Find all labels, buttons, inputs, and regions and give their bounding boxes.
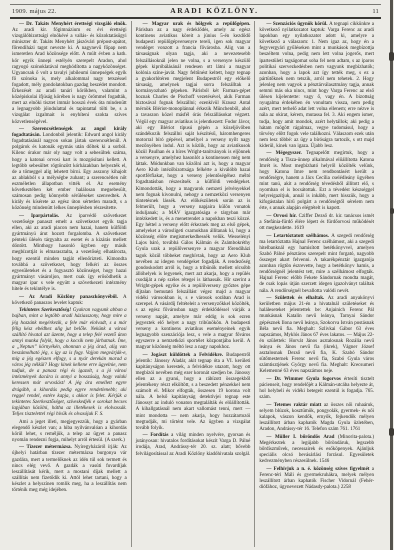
paragraph-lead: — Felhívjuk a n. é. közönség szíves figy…: [266, 467, 371, 472]
scan-smudge: [389, 428, 394, 436]
news-paragraph: — Születtek és elhaltak. Az aradi anyakö…: [259, 296, 374, 375]
news-paragraph: — Letartóztatott szélhámos. A szegedi re…: [259, 234, 374, 295]
news-paragraph: — Magyar urak és hölgyek a repülőgépen. …: [136, 22, 251, 351]
news-paragraph: — Az Aradi Közlöny panaszkönyvéből. A kö…: [12, 295, 127, 307]
news-paragraph: — Iparpártolás. Az iparvédő szövetkezet …: [12, 214, 127, 293]
scan-edge-artifact: [390, 0, 393, 550]
paragraph-lead: — Szenzációs ügynök körül.: [266, 22, 329, 27]
paragraph-lead: — Fordítás: [143, 433, 171, 438]
news-paragraph: — Szerencsétlenségek az angol király fog…: [12, 127, 127, 212]
paragraph-lead: — Tízezer métermázsa.: [19, 445, 74, 450]
paragraph-lead: — Tetemes raktár miatt: [266, 403, 323, 408]
newspaper-title: ARADI KÖZLÖNY.: [170, 6, 258, 15]
news-paragraph: — Tízezer métermázsa. Nyíregyházáról írj…: [12, 445, 127, 494]
paragraph-lead: — Születtek és elhaltak.: [266, 296, 327, 301]
news-paragraph: Ami a jeget illeti, megjegyezzük, hogy a…: [12, 420, 127, 444]
paragraph-lead: — Mégegyszer.: [266, 151, 306, 156]
news-paragraph: — Müller I. bőröndös Arad (Minorita-palo…: [259, 435, 374, 465]
news-paragraph: — Orvosi hír. Cziffer Dezső dr. kir. tan…: [259, 214, 374, 232]
column-2: — Magyar urak és hölgyek a repülőgépen. …: [131, 21, 255, 547]
page-header: 1909. május 22. ARADI KÖZLÖNY. 11: [12, 6, 379, 16]
news-paragraph: — Tetemes raktár miatt az összes női ruh…: [259, 403, 374, 433]
issue-date: 1909. május 22.: [12, 8, 57, 15]
news-paragraph: — Szenzációs ügynök körül. A tegnapi cik…: [259, 22, 374, 150]
newspaper-page: 1909. május 22. ARADI KÖZLÖNY. 11 — Dr. …: [0, 0, 394, 550]
news-paragraph: — Fordítás a világ minden nyelvére, gyor…: [136, 433, 251, 457]
paragraph-lead: — Szerencsétlenségek az angol király fog…: [12, 127, 127, 138]
column-3: — Szenzációs ügynök körül. A tegnapi cik…: [254, 21, 378, 547]
paragraph-lead: — Müller I. bőröndös Arad: [266, 435, 338, 440]
top-rule: [10, 4, 381, 5]
news-paragraph: — Dr. Wimmer Gyula fogorvos értesíti tis…: [259, 377, 374, 401]
paragraph-lead: — Letartóztatott szélhámos.: [266, 234, 331, 239]
header-rule: [10, 17, 381, 19]
news-paragraph: — Felhívjuk a n. é. közönség szíves figy…: [259, 467, 374, 491]
page-number: 11: [372, 8, 379, 15]
paragraph-lead: — Dr. Wimmer Gyula fogorvos: [266, 377, 344, 382]
scan-smudge: [390, 208, 394, 214]
column-1: — Dr. Takáts Menyhért érettségi vizsgáló…: [8, 21, 131, 547]
columns-container: — Dr. Takáts Menyhért érettségi vizsgáló…: [8, 21, 378, 547]
paragraph-lead: — Orvosi hír.: [266, 214, 298, 219]
paragraph-lead: — Az Aradi Közlöny panaszkönyvéből.: [19, 295, 123, 300]
paragraph-lead: — Dr. Takáts Menyhért érettségi vizsgáló…: [19, 22, 127, 27]
paragraph-lead: Tekintetes Szerkesztőség!: [19, 308, 73, 313]
paragraph-lead: — Magyar urak és hölgyek a repülőgépen.: [143, 22, 251, 27]
scan-smudge: [389, 52, 394, 61]
news-paragraph: — Mégegyszer. Tegnapelőtt megírtuk, hogy…: [259, 151, 374, 212]
paragraph-lead: — Jogászt küldöttek a Felvidékre.: [143, 353, 227, 358]
paragraph-lead: — Iparpártolás.: [19, 214, 66, 219]
news-paragraph: Tekintetes Szerkesztőség! Gyakran vagyun…: [12, 308, 127, 418]
news-paragraph: — Jogászt küldöttek a Felvidékre. Budape…: [136, 353, 251, 432]
news-paragraph: — Dr. Takáts Menyhért érettségi vizsgáló…: [12, 22, 127, 126]
